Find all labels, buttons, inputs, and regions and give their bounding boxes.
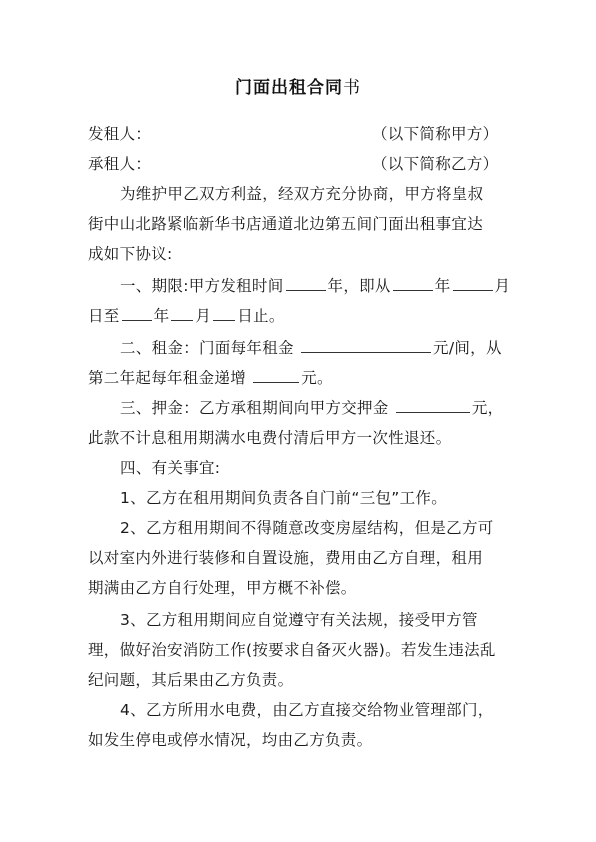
clause2-line-2: 第二年起每年租金递增 元。 (88, 368, 508, 388)
clause2-text: 元/间，从 (433, 339, 502, 357)
clause2-text: 元。 (301, 369, 333, 387)
clause3-line-1: 三、押金：乙方承租期间向甲方交押金 元， (88, 398, 540, 418)
clause1-text: 年 (435, 277, 451, 295)
clause4-item-3-line-1: 3、乙方租用期间应自觉遵守有关法规，接受甲方管 (88, 610, 540, 630)
start-month-blank[interactable] (453, 276, 493, 291)
document-title: 门面出租合同书 (0, 76, 596, 100)
clause1-text: 月 (495, 277, 511, 295)
clause4-item-3-line-3: 纪问题，其后果由乙方负责。 (88, 670, 508, 690)
document-page: 门面出租合同书 发租人： （以下简称甲方） 承租人： （以下简称乙方） 为维护甲… (0, 0, 596, 842)
clause1-line-2: 日至年月日止。 (88, 306, 508, 326)
clause1-text: 日至 (88, 307, 120, 325)
clause3-text: 元， (472, 399, 504, 417)
lessor-note: （以下简称甲方） (372, 124, 498, 144)
clause3-line-2: 此款不计息租用期满水电费付清后甲方一次性退还。 (88, 428, 508, 448)
clause1-text: 年 (154, 307, 170, 325)
clause4-item-1: 1、乙方在租用期间负责各自门前“三包”工作。 (88, 488, 540, 508)
clause4-item-4-line-2: 如发生停电或停水情况，均由乙方负责。 (88, 730, 508, 750)
clause4-item-2-line-2: 以对室内外进行装修和自置设施，费用由乙方自理，租用 (88, 548, 508, 568)
clause2-line-1: 二、租金：门面每年租金 元/间，从 (88, 338, 540, 358)
lessee-note: （以下简称乙方） (372, 154, 498, 174)
clause4-item-4-line-1: 4、乙方所用水电费，由乙方直接交给物业管理部门， (88, 700, 540, 720)
lessee-line: 承租人： （以下简称乙方） (88, 154, 508, 174)
rent-increase-blank[interactable] (253, 368, 299, 383)
end-day-blank[interactable] (213, 306, 235, 321)
clause4-heading: 四、有关事宜: (88, 458, 540, 478)
clause2-text: 第二年起每年租金递增 (88, 369, 246, 387)
preamble-line-2: 街中山北路紧临新华书店通道北边第五间门面出租事宜达 (88, 214, 508, 234)
preamble-line-1: 为维护甲乙双方利益，经双方充分协商，甲方将皇叔 (88, 184, 540, 204)
annual-rent-blank[interactable] (301, 338, 431, 353)
lessor-label: 发租人： (88, 125, 151, 143)
clause2-rent-label: 二、租金：门面每年租金 (120, 339, 294, 357)
clause1-text: 月 (195, 307, 211, 325)
clause4-item-2-line-1: 2、乙方租用期间不得随意改变房屋结构，但是乙方可 (88, 518, 540, 538)
clause1-text: 年，即从 (328, 277, 391, 295)
clause1-line-1: 一、期限:甲方发租时间年，即从年月 (88, 276, 540, 296)
lessor-line: 发租人： （以下简称甲方） (88, 124, 508, 144)
end-year-blank[interactable] (122, 306, 152, 321)
preamble-line-3: 成如下协议: (88, 244, 508, 264)
deposit-blank[interactable] (396, 398, 470, 413)
clause4-item-3-line-2: 理，做好治安消防工作(按要求自备灭火器)。若发生违法乱 (88, 640, 508, 660)
clause4-item-2-line-3: 期满由乙方自行处理，甲方概不补偿。 (88, 578, 508, 598)
clause1-term-label: 一、期限:甲方发租时间 (120, 277, 284, 295)
title-last-char: 书 (343, 78, 361, 98)
start-year-blank[interactable] (393, 276, 433, 291)
end-month-blank[interactable] (171, 306, 193, 321)
title-main: 门面出租合同 (235, 78, 343, 98)
clause3-deposit-label: 三、押金：乙方承租期间向甲方交押金 (120, 399, 389, 417)
lease-years-blank[interactable] (286, 276, 326, 291)
clause1-text: 日止。 (237, 307, 284, 325)
lessee-label: 承租人： (88, 155, 151, 173)
